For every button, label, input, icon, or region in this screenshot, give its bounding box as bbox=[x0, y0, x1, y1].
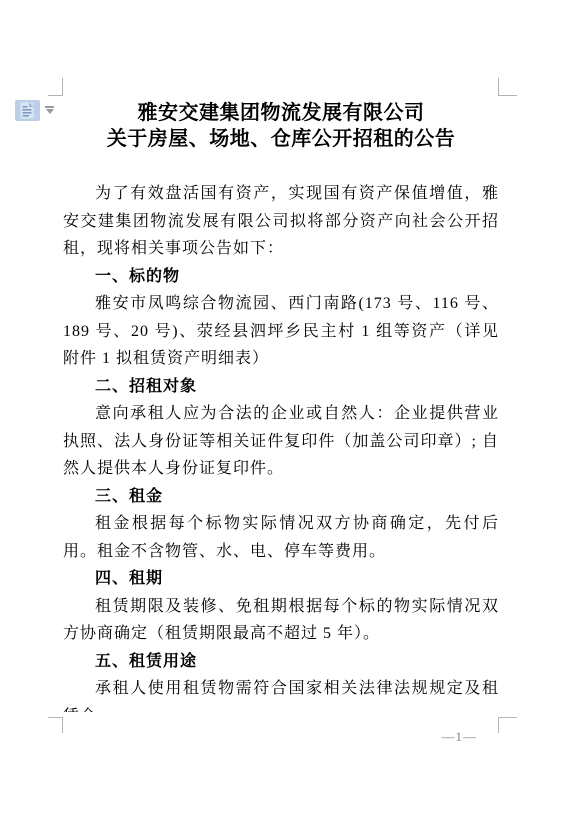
section-heading[interactable]: 五、租赁用途 bbox=[63, 648, 499, 676]
section-heading[interactable]: 三、租金 bbox=[63, 483, 499, 511]
document-body[interactable]: 为了有效盘活国有资产，实现国有资产保值增值，雅安交建集团物流发展有限公司拟将部分… bbox=[63, 180, 499, 712]
title-line-1[interactable]: 雅安交建集团物流发展有限公司 bbox=[63, 100, 499, 126]
body-paragraph[interactable]: 意向承租人应为合法的企业或自然人：企业提供营业执照、法人身份证等相关证件复印件（… bbox=[63, 400, 499, 483]
section-heading[interactable]: 四、租期 bbox=[63, 565, 499, 593]
body-paragraph[interactable]: 承租人使用租赁物需符合国家相关法律法规规定及租赁合 bbox=[63, 675, 499, 712]
text-boundary-mark-bottom-right bbox=[498, 717, 517, 733]
document-title[interactable]: 雅安交建集团物流发展有限公司 关于房屋、场地、仓库公开招租的公告 bbox=[63, 100, 499, 152]
text-boundary-mark-top-right bbox=[498, 78, 517, 96]
section-heading[interactable]: 一、标的物 bbox=[63, 263, 499, 291]
body-paragraph[interactable]: 雅安市凤鸣综合物流园、西门南路(173 号、116 号、189 号、20 号)、… bbox=[63, 290, 499, 373]
title-line-2[interactable]: 关于房屋、场地、仓库公开招租的公告 bbox=[63, 126, 499, 152]
body-paragraph[interactable]: 租金根据每个标物实际情况双方协商确定，先付后用。租金不含物管、水、电、停车等费用… bbox=[63, 510, 499, 565]
paste-options-icon[interactable] bbox=[15, 100, 40, 126]
paste-options-widget[interactable] bbox=[15, 100, 54, 126]
dropdown-arrow-icon[interactable] bbox=[45, 106, 54, 114]
text-boundary-mark-top-left bbox=[48, 78, 63, 96]
section-heading[interactable]: 二、招租对象 bbox=[63, 373, 499, 401]
document-page[interactable]: 雅安交建集团物流发展有限公司 关于房屋、场地、仓库公开招租的公告 为了有效盘活国… bbox=[0, 0, 565, 813]
body-paragraph[interactable]: 租赁期限及装修、免租期根据每个标的物实际情况双方协商确定（租赁期限最高不超过 5… bbox=[63, 593, 499, 648]
document-content[interactable]: 雅安交建集团物流发展有限公司 关于房屋、场地、仓库公开招租的公告 为了有效盘活国… bbox=[63, 100, 499, 712]
page-number: —1— bbox=[0, 730, 477, 744]
body-paragraph[interactable]: 为了有效盘活国有资产，实现国有资产保值增值，雅安交建集团物流发展有限公司拟将部分… bbox=[63, 180, 499, 263]
